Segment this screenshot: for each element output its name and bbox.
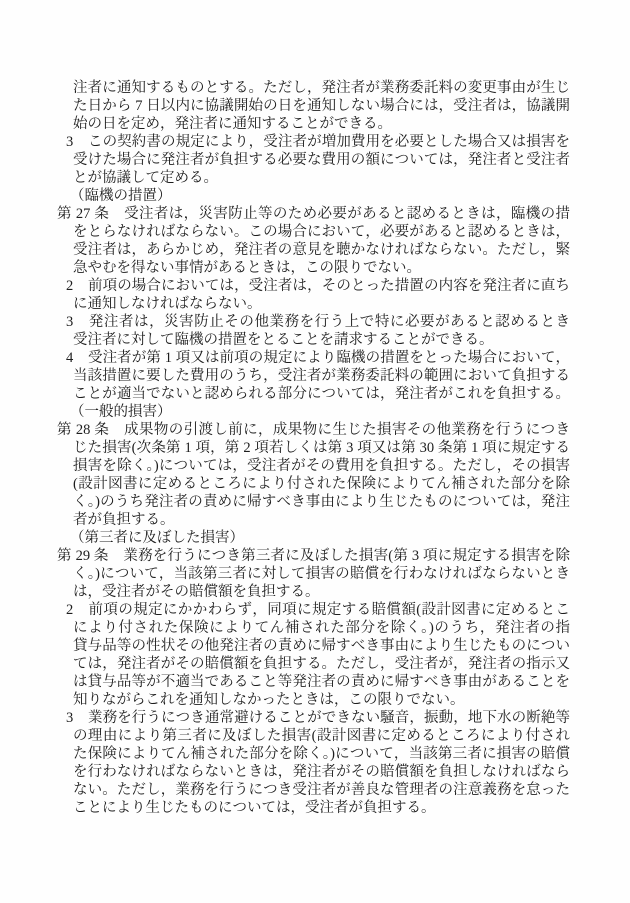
document-line: を行わなければならないときは，発注者がその賠償額を負担しなければなら	[73, 763, 570, 781]
document-line: く。)のうち発注者の責めに帰すべき事由により生じたものについては，発注	[73, 493, 570, 511]
document-line: により付された保険によりてん補された部分を除く。)のうち，発注者の指示，	[73, 619, 570, 637]
document-line: 受けた場合に発注者が負担する必要な費用の額については，発注者と受注者	[73, 151, 570, 169]
article-start-line: 第 28 条 成果物の引渡し前に，成果物に生じた損害その他業務を行うにつき生	[57, 421, 570, 439]
document-line: 始の日を定め，発注者に通知することができる。	[73, 115, 570, 133]
document-line: 貸与品等の性状その他発注者の責めに帰すべき事由により生じたものについ	[73, 637, 570, 655]
document-line: 損害を除く。)については，受注者がその費用を負担する。ただし，その損害	[73, 457, 570, 475]
document-line: 受注者に対して臨機の措置をとることを請求することができる。	[73, 331, 570, 349]
document-line: ては，発注者がその賠償額を負担する。ただし，受注者が，発注者の指示又	[73, 655, 570, 673]
document-line: 者が負担する。	[73, 511, 570, 529]
document-line: の理由により第三者に及ぼした損害(設計図書に定めるところにより付され	[73, 727, 570, 745]
paragraph-item-line: 3 この契約書の規定により，受注者が増加費用を必要とした場合又は損害を	[66, 133, 570, 151]
document-line: た日から 7 日以内に協議開始の日を通知しない場合には，受注者は，協議開	[73, 97, 570, 115]
document-line: ことが適当でないと認められる部分については，発注者がこれを負担する。	[73, 385, 570, 403]
document-line: は，受注者がその賠償額を負担する。	[73, 583, 570, 601]
document-line: じた損害(次条第 1 項，第 2 項若しくは第 3 項又は第 30 条第 1 項…	[73, 439, 570, 457]
contract-document-page: 注者に通知するものとする。ただし，発注者が業務委託料の変更事由が生じた日から 7…	[0, 0, 630, 903]
document-line: ない。ただし，業務を行うにつき受注者が善良な管理者の注意義務を怠った	[73, 781, 570, 799]
document-line: をとらなければならない。この場合において，必要があると認めるときは，	[73, 223, 570, 241]
section-heading: （一般的損害）	[70, 403, 570, 421]
document-line: く。)について，当該第三者に対して損害の賠償を行わなければならないとき	[73, 565, 570, 583]
document-line: た保険によりてん補された部分を除く。)について，当該第三者に損害の賠償	[73, 745, 570, 763]
paragraph-item-line: 2 前項の場合においては，受注者は，そのとった措置の内容を発注者に直ち	[66, 277, 570, 295]
article-start-line: 第 29 条 業務を行うにつき第三者に及ぼした損害(第 3 項に規定する損害を除	[57, 547, 570, 565]
document-line: とが協議して定める。	[73, 169, 570, 187]
document-line: 当該措置に要した費用のうち，受注者が業務委託料の範囲において負担する	[73, 367, 570, 385]
document-line: 知りながらこれを通知しなかったときは，この限りでない。	[73, 691, 570, 709]
paragraph-item-line: 3 業務を行うにつき通常避けることができない騒音，振動，地下水の断絶等	[66, 709, 570, 727]
article-start-line: 第 27 条 受注者は，災害防止等のため必要があると認めるときは，臨機の措置	[57, 205, 570, 223]
paragraph-item-line: 4 受注者が第 1 項又は前項の規定により臨機の措置をとった場合において，	[66, 349, 570, 367]
section-heading: （第三者に及ぼした損害）	[70, 529, 570, 547]
document-text-block: 注者に通知するものとする。ただし，発注者が業務委託料の変更事由が生じた日から 7…	[57, 79, 570, 817]
document-line: 受注者は，あらかじめ，発注者の意見を聴かなければならない。ただし，緊	[73, 241, 570, 259]
document-line: (設計図書に定めるところにより付された保険によりてん補された部分を除	[73, 475, 570, 493]
document-line: に通知しなければならない。	[73, 295, 570, 313]
document-line: は貸与品等が不適当であること等発注者の責めに帰すべき事由があることを	[73, 673, 570, 691]
paragraph-item-line: 2 前項の規定にかかわらず，同項に規定する賠償額(設計図書に定めるところ	[66, 601, 570, 619]
document-line: 注者に通知するものとする。ただし，発注者が業務委託料の変更事由が生じ	[73, 79, 570, 97]
section-heading: （臨機の措置）	[70, 187, 570, 205]
document-line: ことにより生じたものについては，受注者が負担する。	[73, 799, 570, 817]
document-line: 急やむを得ない事情があるときは，この限りでない。	[73, 259, 570, 277]
paragraph-item-line: 3 発注者は，災害防止その他業務を行う上で特に必要があると認めるときは，	[66, 313, 570, 331]
